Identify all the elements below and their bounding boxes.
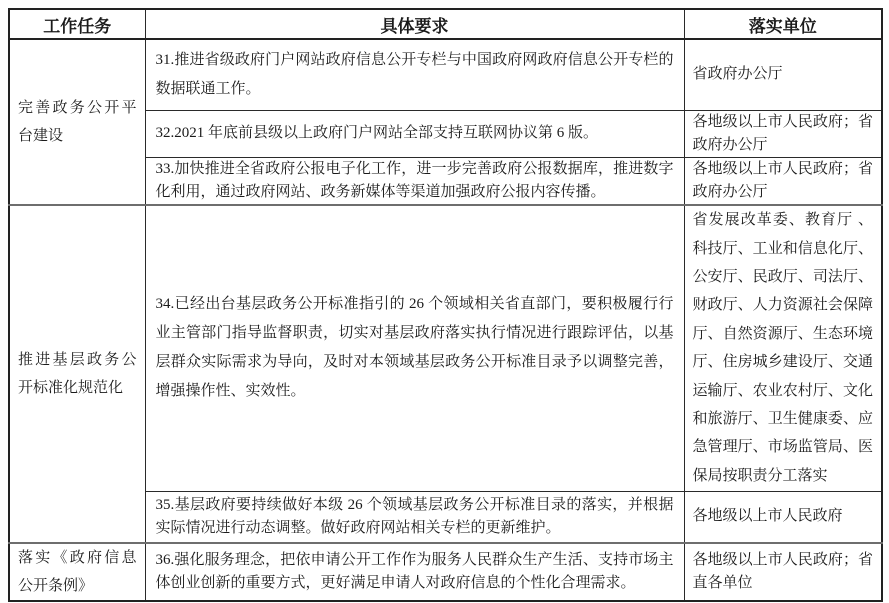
table-row: 推进基层政务公开标准化规范化 34.已经出台基层政务公开标准指引的 26 个领域… <box>9 205 882 491</box>
unit-cell-33: 各地级以上市人民政府；省政府办公厅 <box>684 157 882 205</box>
unit-cell-36: 各地级以上市人民政府；省直各单位 <box>684 543 882 601</box>
unit-cell-32: 各地级以上市人民政府；省政府办公厅 <box>684 110 882 157</box>
table-body: 完善政务公开平台建设 31.推进省级政府门户网站政府信息公开专栏与中国政府网政府… <box>9 39 882 601</box>
task-group-label-grassroots: 推进基层政务公开标准化规范化 <box>9 205 145 543</box>
requirement-cell-32: 32.2021 年底前县级以上政府门户网站全部支持互联网协议第 6 版。 <box>145 110 684 157</box>
unit-cell-31: 省政府办公厅 <box>684 39 882 110</box>
col-header-specific-requirements: 具体要求 <box>145 9 684 39</box>
unit-cell-34: 省发展改革委、教育厅 、科技厅、工业和信息化厅、公安厅、民政厅、司法厅、财政厅、… <box>684 205 882 491</box>
unit-cell-35: 各地级以上市人民政府 <box>684 491 882 543</box>
table-row: 完善政务公开平台建设 31.推进省级政府门户网站政府信息公开专栏与中国政府网政府… <box>9 39 882 110</box>
table-row: 落实《政府信息公开条例》 36.强化服务理念，把依申请公开工作作为服务人民群众生… <box>9 543 882 601</box>
requirement-cell-34: 34.已经出台基层政务公开标准指引的 26 个领域相关省直部门，要积极履行行业主… <box>145 205 684 491</box>
task-group-label-platform: 完善政务公开平台建设 <box>9 39 145 205</box>
requirement-cell-35: 35.基层政府要持续做好本级 26 个领域基层政务公开标准目录的落实，并根据实际… <box>145 491 684 543</box>
task-group-label-regulation: 落实《政府信息公开条例》 <box>9 543 145 601</box>
requirement-cell-33: 33.加快推进全省政府公报电子化工作，进一步完善政府公报数据库，推进数字化利用，… <box>145 157 684 205</box>
col-header-work-task: 工作任务 <box>9 9 145 39</box>
requirement-cell-31: 31.推进省级政府门户网站政府信息公开专栏与中国政府网政府信息公开专栏的数据联通… <box>145 39 684 110</box>
requirement-cell-36: 36.强化服务理念，把依申请公开工作作为服务人民群众生产生活、支持市场主体创业创… <box>145 543 684 601</box>
col-header-implementing-unit: 落实单位 <box>684 9 882 39</box>
work-task-table: 工作任务 具体要求 落实单位 完善政务公开平台建设 31.推进省级政府门户网站政… <box>8 8 883 602</box>
table-header: 工作任务 具体要求 落实单位 <box>9 9 882 39</box>
header-row: 工作任务 具体要求 落实单位 <box>9 9 882 39</box>
